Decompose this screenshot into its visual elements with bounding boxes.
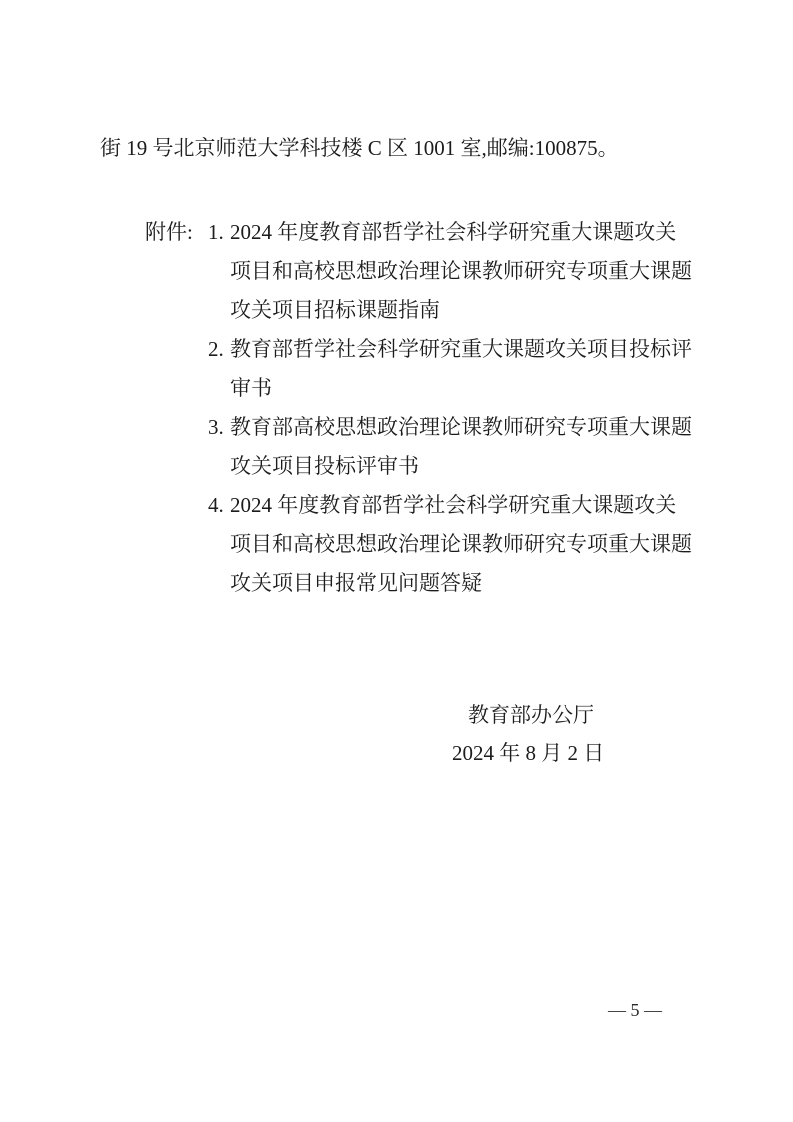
page-number: — 5 —: [608, 1000, 662, 1020]
attachment-item-4-line-3: 攻关项目申报常见问题答疑: [145, 564, 745, 603]
attachment-item-2-text: 教育部哲学社会科学研究重大课题攻关项目投标评: [230, 337, 692, 361]
attachment-item-3-line-2: 攻关项目投标评审书: [145, 447, 745, 486]
attachment-item-4-line-1: 4.2024 年度教育部哲学社会科学研究重大课题攻关: [145, 486, 745, 525]
document-page: 街 19 号北京师范大学科技楼 C 区 1001 室,邮编:100875。 附件…: [0, 0, 793, 1122]
attachment-item-1-line-3: 攻关项目招标课题指南: [145, 291, 745, 330]
attachment-item-3-number: 3.: [208, 408, 230, 447]
signature-date: 2024 年 8 月 2 日: [452, 742, 604, 764]
attachment-item-2-line-2: 审书: [145, 369, 745, 408]
attachment-item-1-text: 2024 年度教育部哲学社会科学研究重大课题攻关: [230, 220, 676, 244]
attachment-item-3-line-1: 3.教育部高校思想政治理论课教师研究专项重大课题: [145, 408, 745, 447]
attachment-item-1-number: 1.: [208, 213, 230, 252]
attachment-item-1-line-2: 项目和高校思想政治理论课教师研究专项重大课题: [145, 252, 745, 291]
attachment-item-2-number: 2.: [208, 330, 230, 369]
attachment-item-3-text: 教育部高校思想政治理论课教师研究专项重大课题: [230, 415, 692, 439]
address-line: 街 19 号北京师范大学科技楼 C 区 1001 室,邮编:100875。: [100, 137, 619, 159]
attachment-item-1-line-1: 附件:1.2024 年度教育部哲学社会科学研究重大课题攻关: [145, 213, 745, 252]
attachments-label: 附件:: [145, 213, 208, 252]
attachment-item-2-line-1: 2.教育部哲学社会科学研究重大课题攻关项目投标评: [145, 330, 745, 369]
attachment-item-4-text: 2024 年度教育部哲学社会科学研究重大课题攻关: [230, 493, 676, 517]
attachment-item-4-number: 4.: [208, 486, 230, 525]
signature-organization: 教育部办公厅: [468, 704, 594, 726]
attachments-block: 附件:1.2024 年度教育部哲学社会科学研究重大课题攻关 项目和高校思想政治理…: [145, 213, 745, 603]
attachment-item-4-line-2: 项目和高校思想政治理论课教师研究专项重大课题: [145, 525, 745, 564]
